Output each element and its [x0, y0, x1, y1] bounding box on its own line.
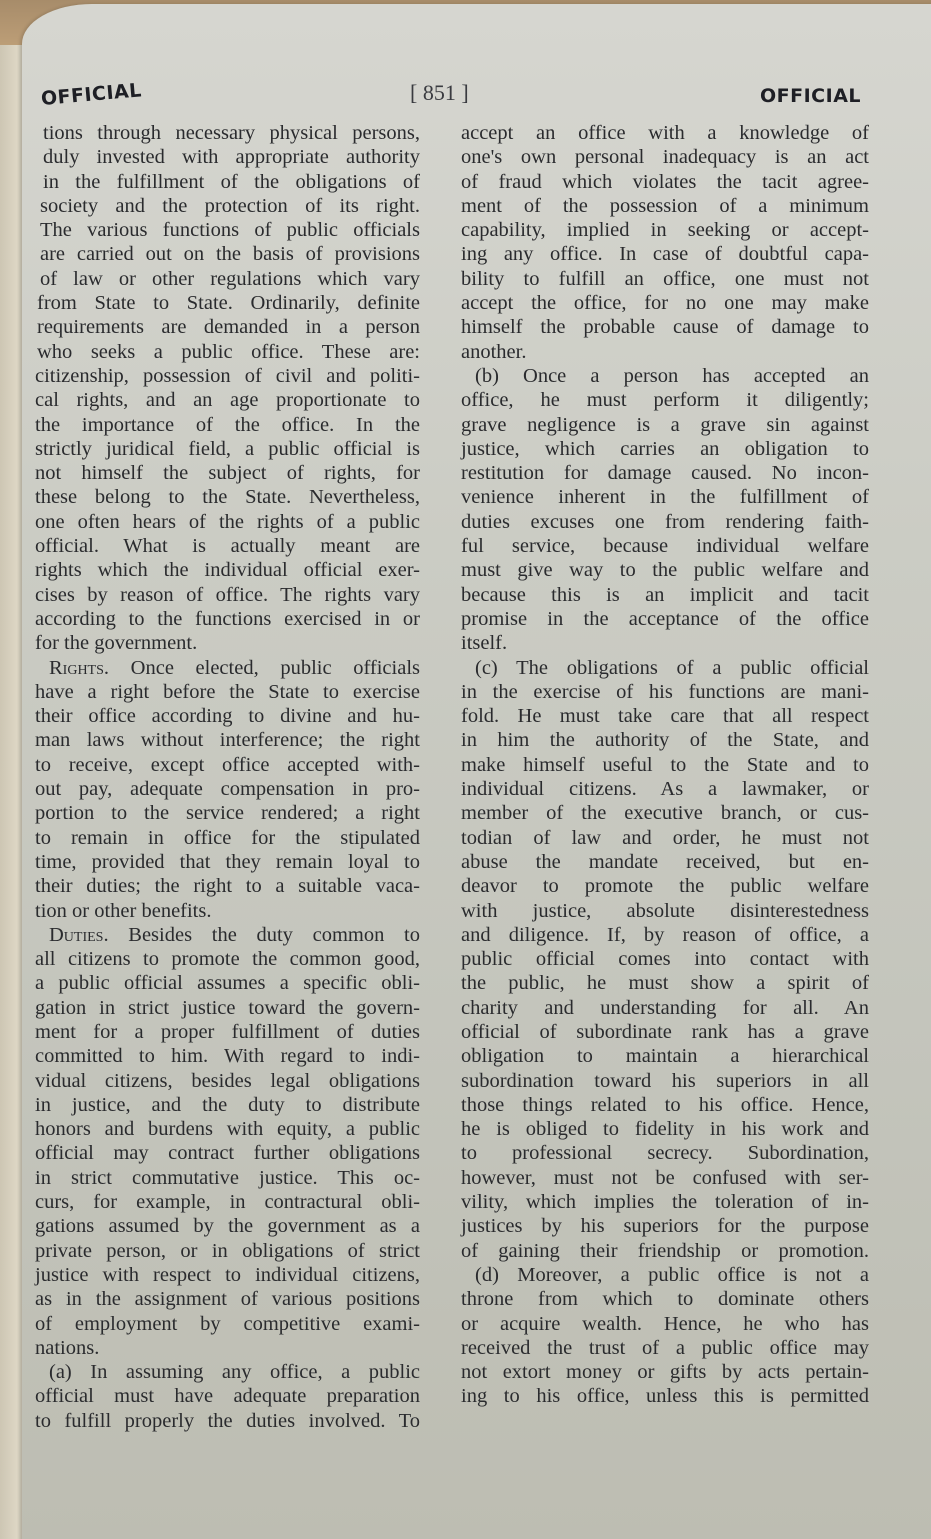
text-line: the public, he must show a spirit of [461, 971, 869, 995]
text-line: for the government. [35, 631, 420, 655]
text-line: make himself useful to the State and to [461, 753, 869, 777]
text-line: charity and understanding for all. An [461, 996, 869, 1020]
text-line: justice, which carries an obligation to [461, 437, 869, 461]
text-line: (b) Once a person has accepted an [461, 364, 869, 388]
text-line: not himself the subject of rights, for [35, 461, 420, 485]
text-line: honors and burdens with equity, a public [35, 1117, 420, 1141]
text-line: man laws without interference; the right [35, 728, 420, 752]
text-line: duly invested with appropriate authority [35, 145, 420, 169]
text-line: tion or other benefits. [35, 899, 420, 923]
text-line: he is obliged to fidelity in his work an… [461, 1117, 869, 1141]
text-line: the importance of the office. In the [35, 413, 420, 437]
paragraph-d: (d) Moreover, a public office is not a t… [461, 1263, 869, 1409]
text-line: bility to fulfill an office, one must no… [461, 267, 869, 291]
text-line: subordination toward his superiors in al… [461, 1069, 869, 1093]
text-line: official must have adequate preparation [35, 1384, 420, 1408]
text-line: curs, for example, in contractural obli- [35, 1190, 420, 1214]
page-number: [ 851 ] [410, 80, 469, 106]
text-line: of gaining their friendship or promotion… [461, 1239, 869, 1263]
text-line: office, he must perform it diligently; [461, 388, 869, 412]
text-line: of employment by competitive exami- [35, 1312, 420, 1336]
text-line: public official comes into contact with [461, 947, 869, 971]
text-line: himself the probable cause of damage to [461, 315, 869, 339]
text-line: ment of the possession of a minimum [461, 194, 869, 218]
text-line: promise in the acceptance of the office [461, 607, 869, 631]
text-line: capability, implied in seeking or accept… [461, 218, 869, 242]
previous-page-edge [0, 45, 24, 1539]
text-line: requirements are demanded in a person [35, 315, 420, 339]
text-line: private person, or in obligations of str… [35, 1239, 420, 1263]
text-line: abuse the mandate received, but en- [461, 850, 869, 874]
text-line: are carried out on the basis of provisio… [35, 242, 420, 266]
text-line: in strict commutative justice. This oc- [35, 1166, 420, 1190]
text-line: and diligence. If, by reason of office, … [461, 923, 869, 947]
text-line: (d) Moreover, a public office is not a [461, 1263, 869, 1287]
text-line: as in the assignment of various position… [35, 1287, 420, 1311]
right-column: accept an office with a knowledge of one… [461, 121, 869, 1409]
text-line: to professional secrecy. Subordination, [461, 1141, 869, 1165]
text-line: their duties; the right to a suitable va… [35, 874, 420, 898]
text-line: obligation to maintain a hierarchical [461, 1044, 869, 1068]
text-line: nations. [35, 1336, 420, 1360]
text-line: restitution for damage caused. No incon- [461, 461, 869, 485]
text-line: who seeks a public office. These are: [35, 340, 420, 364]
text-line: those things related to his office. Henc… [461, 1093, 869, 1117]
text-line: duties excuses one from rendering faith- [461, 510, 869, 534]
text-line: one often hears of the rights of a publi… [35, 510, 420, 534]
text-line: in him the authority of the State, and [461, 728, 869, 752]
text-line: not extort money or gifts by acts pertai… [461, 1360, 869, 1384]
text-line: received the trust of a public office ma… [461, 1336, 869, 1360]
text-line: ment for a proper fulfillment of duties [35, 1020, 420, 1044]
text-line: their office according to divine and hu- [35, 704, 420, 728]
text-line: Rights. Once elected, public officials [35, 656, 420, 680]
rights-heading: Rights. [49, 657, 109, 679]
text-line: tions through necessary physical persons… [35, 121, 420, 145]
text-line: accept the office, for no one may make [461, 291, 869, 315]
duties-heading: Duties. [49, 924, 109, 946]
text-line: grave negligence is a grave sin against [461, 413, 869, 437]
text-line: accept an office with a knowledge of [461, 121, 869, 145]
text-line: strictly juridical field, a public offic… [35, 437, 420, 461]
text-line: vility, which implies the toleration of … [461, 1190, 869, 1214]
text-line: ing to his office, unless this is permit… [461, 1384, 869, 1408]
text-line: justice with respect to individual citiz… [35, 1263, 420, 1287]
paragraph-c: (c) The obligations of a public official… [461, 656, 869, 1263]
text-line: however, must not be confused with ser- [461, 1166, 869, 1190]
text-line: time, provided that they remain loyal to [35, 850, 420, 874]
text-line: deavor to promote the public welfare [461, 874, 869, 898]
text-line: to receive, except office accepted with- [35, 753, 420, 777]
text-line: cal rights, and an age proportionate to [35, 388, 420, 412]
text-line: with justice, absolute disinterestedness [461, 899, 869, 923]
running-head-right: OFFICIAL [760, 85, 861, 107]
text-line: these belong to the State. Nevertheless, [35, 485, 420, 509]
rights-paragraph: Rights. Once elected, public officials h… [35, 656, 420, 923]
text-line: justices by his superiors for the purpos… [461, 1214, 869, 1238]
text-line: ing any office. In case of doubtful capa… [461, 242, 869, 266]
text-line: have a right before the State to exercis… [35, 680, 420, 704]
text-line: because this is an implicit and tacit [461, 583, 869, 607]
text-line: all citizens to promote the common good, [35, 947, 420, 971]
text-line: venience inherent in the fulfillment of [461, 485, 869, 509]
text-line: gation in strict justice toward the gove… [35, 996, 420, 1020]
text-line: cises by reason of office. The rights va… [35, 583, 420, 607]
text-line: throne from which to dominate others [461, 1287, 869, 1311]
text-line: The various functions of public official… [35, 218, 420, 242]
paragraph-a-continued: accept an office with a knowledge of one… [461, 121, 869, 364]
text-line: of fraud which violates the tacit agree- [461, 170, 869, 194]
text-line: individual citizens. As a lawmaker, or [461, 777, 869, 801]
text-line: gations assumed by the government as a [35, 1214, 420, 1238]
text-line: Duties. Besides the duty common to [35, 923, 420, 947]
paragraph-a: (a) In assuming any office, a public off… [35, 1360, 420, 1433]
duties-paragraph: Duties. Besides the duty common to all c… [35, 923, 420, 1360]
text-line: citizenship, possession of civil and pol… [35, 364, 420, 388]
text-line: fold. He must take care that all respect [461, 704, 869, 728]
paragraph-b: (b) Once a person has accepted an office… [461, 364, 869, 656]
text-line: must give way to the public welfare and [461, 558, 869, 582]
text-line: portion to the service rendered; a right [35, 801, 420, 825]
text-line: to fulfill properly the duties involved.… [35, 1409, 420, 1433]
text-line: (a) In assuming any office, a public [35, 1360, 420, 1384]
text-line: to remain in office for the stipulated [35, 826, 420, 850]
text-line: itself. [461, 631, 869, 655]
left-column: tions through necessary physical persons… [35, 121, 420, 1433]
text-line: society and the protection of its right. [35, 194, 420, 218]
text-line: one's own personal inadequacy is an act [461, 145, 869, 169]
text-line: from State to State. Ordinarily, definit… [35, 291, 420, 315]
text-line: vidual citizens, besides legal obligatio… [35, 1069, 420, 1093]
text-line: rights which the individual official exe… [35, 558, 420, 582]
text-line: or acquire wealth. Hence, he who has [461, 1312, 869, 1336]
text-line: ful service, because individual welfare [461, 534, 869, 558]
text-line: in the fulfillment of the obligations of [35, 170, 420, 194]
intro-paragraph: tions through necessary physical persons… [35, 121, 420, 656]
text-line: a public official assumes a specific obl… [35, 971, 420, 995]
text-line: official may contract further obligation… [35, 1141, 420, 1165]
text-line: in the exercise of his functions are man… [461, 680, 869, 704]
text-line: in justice, and the duty to distribute [35, 1093, 420, 1117]
text-line: (c) The obligations of a public official [461, 656, 869, 680]
text-line: official. What is actually meant are [35, 534, 420, 558]
text-line: of law or other regulations which vary [35, 267, 420, 291]
text-line: according to the functions exercised in … [35, 607, 420, 631]
text-line: committed to him. With regard to indi- [35, 1044, 420, 1068]
text-line: member of the executive branch, or cus- [461, 801, 869, 825]
text-line: official of subordinate rank has a grave [461, 1020, 869, 1044]
text-line: out pay, adequate compensation in pro- [35, 777, 420, 801]
text-line: another. [461, 340, 869, 364]
text-line: todian of law and order, he must not [461, 826, 869, 850]
